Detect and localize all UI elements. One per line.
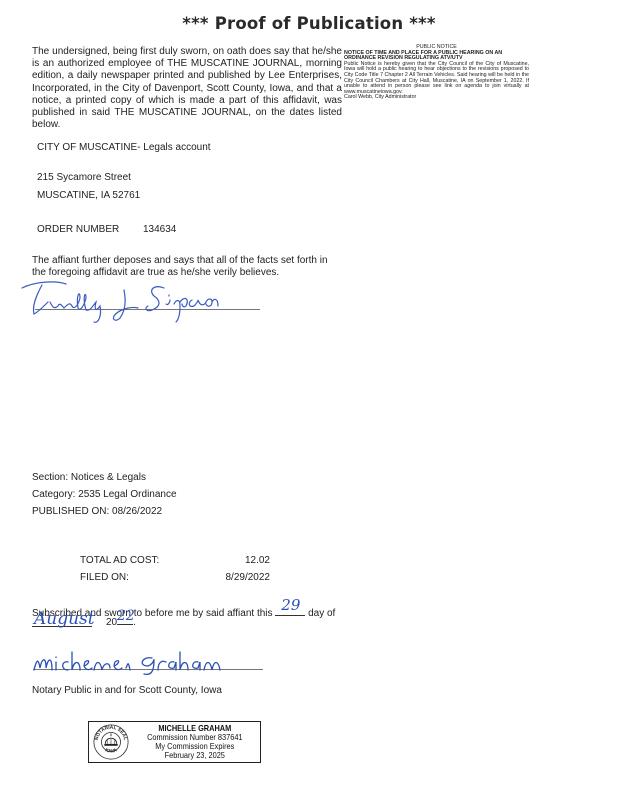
address-line-1: 215 Sycamore Street [37,172,131,183]
address-line-2: MUSCATINE, IA 52761 [37,190,140,201]
affidavit-intro: The undersigned, being first duly sworn,… [32,46,342,131]
jurat-text-after-day: day of [308,608,335,619]
order-number-value: 134634 [143,224,176,235]
day-handwritten: 29 [281,596,300,614]
stamp-expires-date: February 23, 2025 [131,751,259,760]
filed-on-value: 8/29/2022 [200,572,270,583]
notice-signoff: Carol Webb, City Administrator [344,95,529,101]
filed-on-label: FILED ON: [80,572,129,583]
affiant-signature: Timothy J. Simpson [14,276,244,326]
year-handwritten: 22 [117,608,135,624]
page-title: *** Proof of Publication *** [0,14,618,33]
stamp-text: MICHELLE GRAHAM Commission Number 837641… [131,724,259,760]
notary-signature: Michelle Graham [30,646,230,676]
order-number-label: ORDER NUMBER [37,224,119,235]
month-handwritten: August [34,609,95,629]
total-ad-cost-label: TOTAL AD COST: [80,555,159,566]
notary-label: Notary Public in and for Scott County, I… [32,685,222,696]
published-on: PUBLISHED ON: 08/26/2022 [32,506,162,517]
total-ad-cost-value: 12.02 [200,555,270,566]
svg-text:IOWA: IOWA [104,747,119,755]
publication-category: Category: 2535 Legal Ordinance [32,489,177,500]
account-name: CITY OF MUSCATINE- Legals account [37,142,211,153]
day-blank: 29 [275,604,305,616]
notarial-seal-icon: NOTARIAL SEAL IOWA [92,723,130,761]
public-notice-clipping: PUBLIC NOTICE NOTICE OF TIME AND PLACE F… [344,45,529,101]
notary-stamp: NOTARIAL SEAL IOWA MICHELLE GRAHAM Commi… [88,721,261,763]
publication-section: Section: Notices & Legals [32,472,146,483]
month-blank: August [32,614,92,627]
notice-body: Public Notice is hereby given that the C… [344,62,529,96]
